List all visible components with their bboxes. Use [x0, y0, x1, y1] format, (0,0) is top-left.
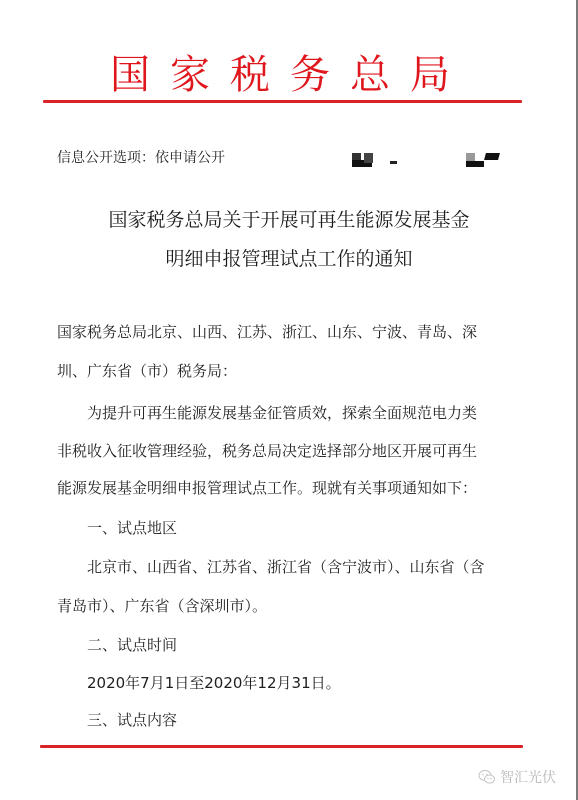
document-title-line-2: 明细申报管理试点工作的通知 — [0, 246, 578, 272]
body-line: 北京市、山西省、江苏省、浙江省（含宁波市）、山东省（含 — [57, 557, 527, 577]
watermark: 智汇光伏 — [478, 767, 556, 787]
body-line: 青岛市）、广东省（含深圳市）。 — [57, 596, 527, 616]
masthead-char: 局 — [410, 52, 450, 98]
masthead-char: 家 — [170, 52, 210, 98]
masthead-char: 国 — [110, 52, 150, 98]
disclosure-option: 信息公开选项：依申请公开 — [57, 148, 225, 168]
section-heading: 二、试点时间 — [57, 635, 527, 655]
body-line: 非税收入征收管理经验，税务总局决定选择部分地区开展可再生 — [57, 441, 527, 461]
wechat-icon — [478, 769, 496, 785]
masthead-title: 国 家 税 务 总 局 — [110, 52, 450, 98]
document-title-line-1: 国家税务总局关于开展可再生能源发展基金 — [0, 207, 578, 233]
masthead-char: 税 — [230, 52, 270, 98]
body-line: 为提升可再生能源发展基金征管质效，探索全面规范电力类 — [57, 403, 527, 423]
redacted-block — [352, 153, 380, 167]
body-line: 国家税务总局北京、山西、江苏、浙江、山东、宁波、青岛、深 — [57, 322, 527, 342]
masthead-char: 总 — [350, 52, 390, 98]
masthead-red-rule — [43, 100, 522, 103]
watermark-text: 智汇光伏 — [500, 767, 556, 787]
redacted-block — [466, 153, 502, 167]
body-line: 能源发展基金明细申报管理试点工作。现就有关事项通知如下： — [57, 478, 527, 498]
body-line: 圳、广东省（市）税务局： — [57, 361, 527, 381]
footer-red-rule — [40, 745, 523, 748]
section-heading: 一、试点地区 — [57, 518, 527, 538]
section-heading: 三、试点内容 — [57, 710, 527, 730]
body-line: 2020年7月1日至2020年12月31日。 — [57, 673, 527, 693]
masthead-char: 务 — [290, 52, 330, 98]
redacted-block — [390, 153, 398, 167]
